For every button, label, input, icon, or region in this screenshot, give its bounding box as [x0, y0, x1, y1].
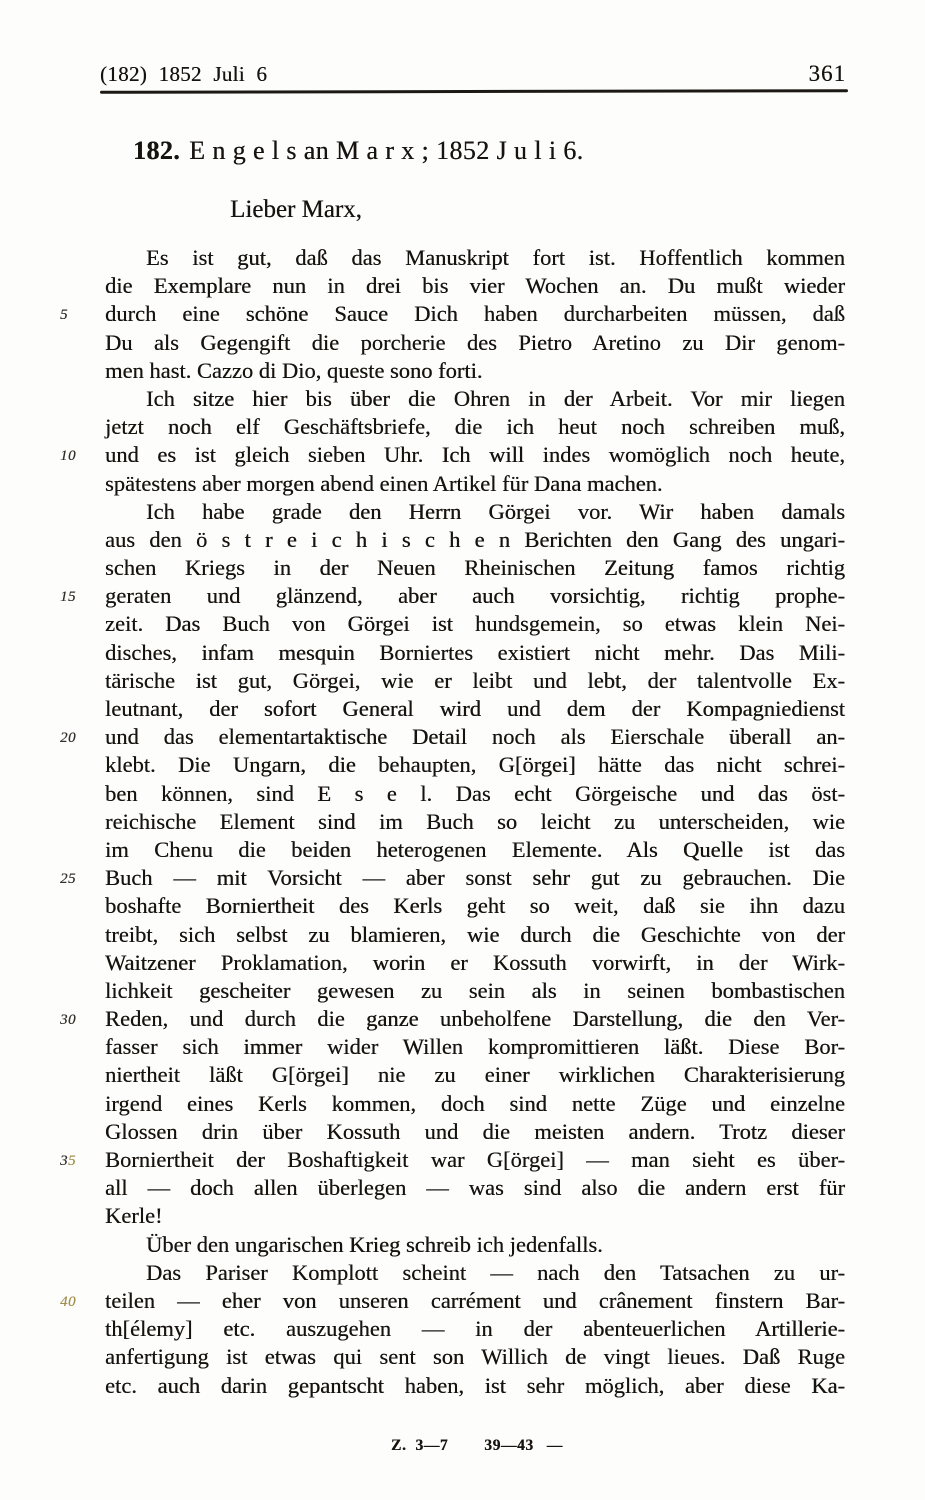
letter-line: irgend eines Kerls kommen, doch sind net… [60, 1090, 845, 1118]
letter-line: ben können, sind E s e l. Das echt Görge… [60, 780, 845, 808]
letter-line: aus den ö s t r e i c h i s c h e n Beri… [60, 526, 845, 554]
book-page: (182) 1852 Juli 6 361 182.E n g e l s an… [0, 0, 925, 1500]
margin-line-number: 30 [60, 1006, 98, 1034]
letter-line-text: leutnant, der sofort General wird und de… [105, 696, 845, 721]
margin-line-number: 35 [60, 1147, 98, 1175]
letter-line-text: Reden, und durch die ganze unbeholfene D… [105, 1006, 845, 1031]
letter-line: klebt. Die Ungarn, die behaupten, G[örge… [60, 751, 845, 779]
letter-line-text: und es ist gleich sieben Uhr. Ich will i… [105, 442, 845, 467]
page-header: (182) 1852 Juli 6 361 [100, 61, 846, 87]
letter-line: Es ist gut, daß das Manuskript fort ist.… [60, 244, 845, 272]
letter-line: 10und es ist gleich sieben Uhr. Ich will… [60, 441, 845, 469]
letter-line: spätestens aber morgen abend einen Artik… [60, 470, 845, 498]
letter-line: schen Kriegs in der Neuen Rheinischen Ze… [60, 554, 845, 582]
letter-line: 15geraten und glänzend, aber auch vorsic… [60, 582, 845, 610]
letter-line-text: geraten und glänzend, aber auch vorsicht… [105, 583, 845, 608]
letter-line-text: Du als Gegengift die porcherie des Pietr… [105, 330, 845, 355]
letter-line-text: etc. auch darin gepantscht haben, ist se… [105, 1373, 845, 1398]
letter-line: all — doch allen überlegen — was sind al… [60, 1174, 845, 1202]
header-rule [100, 89, 848, 93]
letter-line-text: klebt. Die Ungarn, die behaupten, G[örge… [105, 752, 845, 777]
letter-line: 35Borniertheit der Boshaftigkeit war G[ö… [60, 1146, 845, 1174]
letter-line-text: aus den ö s t r e i c h i s c h e n Beri… [105, 527, 845, 552]
letter-line-text: anfertigung ist etwas qui sent son Willi… [105, 1344, 845, 1369]
letter-line-text: Kerle! [105, 1203, 162, 1228]
margin-line-number: 15 [60, 583, 98, 611]
footer-dash: — [547, 1437, 563, 1454]
letter-line: 20und das elementartaktische Detail noch… [60, 723, 845, 751]
letter-line-text: th[élemy] etc. auszugehen — in der abent… [105, 1316, 845, 1341]
letter-line-text: und das elementartaktische Detail noch a… [105, 724, 845, 749]
letter-line: anfertigung ist etwas qui sent son Willi… [60, 1343, 845, 1371]
margin-line-number: 25 [60, 865, 98, 893]
letter-line-text: Über den ungarischen Krieg schreib ich j… [146, 1232, 603, 1257]
page-number: 361 [809, 61, 847, 87]
footer-z-label: Z. [391, 1437, 406, 1454]
letter-line-text: treibt, sich selbst zu blamieren, wie du… [105, 922, 845, 947]
letter-body: Es ist gut, daß das Manuskript fort ist.… [60, 244, 845, 1400]
letter-line: treibt, sich selbst zu blamieren, wie du… [60, 921, 845, 949]
letter-line: Glossen drin über Kossuth und die meiste… [60, 1118, 845, 1146]
letter-line-text: tärische ist gut, Görgei, wie er leibt u… [105, 668, 845, 693]
letter-line-text: jetzt noch elf Geschäftsbriefe, die ich … [105, 414, 845, 439]
margin-line-number: 20 [60, 724, 98, 752]
letter-line: leutnant, der sofort General wird und de… [60, 695, 845, 723]
letter-line-text: all — doch allen überlegen — was sind al… [105, 1175, 845, 1200]
letter-title-text: E n g e l s an M a r x ; 1852 J u l i 6. [189, 136, 583, 165]
letter-title: 182.E n g e l s an M a r x ; 1852 J u l … [133, 136, 584, 166]
letter-line: Ich habe grade den Herrn Görgei vor. Wir… [60, 498, 845, 526]
footer-line-range-2: 39—43 [484, 1437, 534, 1454]
letter-line-text: Es ist gut, daß das Manuskript fort ist.… [146, 245, 845, 270]
letter-line-text: Ich habe grade den Herrn Görgei vor. Wir… [146, 499, 845, 524]
letter-line-text: Ich sitze hier bis über die Ohren in der… [146, 386, 845, 411]
letter-line-text: spätestens aber morgen abend einen Artik… [105, 471, 663, 496]
letter-line: Über den ungarischen Krieg schreib ich j… [60, 1231, 845, 1259]
letter-line: Du als Gegengift die porcherie des Pietr… [60, 329, 845, 357]
letter-line-text: niertheit läßt G[örgei] nie zu einer wir… [105, 1062, 845, 1087]
letter-line: im Chenu die beiden heterogenen Elemente… [60, 836, 845, 864]
footer-line-range-1: 3—7 [415, 1437, 448, 1454]
letter-line: zeit. Das Buch von Görgei ist hundsgemei… [60, 610, 845, 638]
letter-line-text: teilen — eher von unseren carrément und … [105, 1288, 845, 1313]
letter-line: Ich sitze hier bis über die Ohren in der… [60, 385, 845, 413]
letter-line: 25Buch — mit Vorsicht — aber sonst sehr … [60, 864, 845, 892]
letter-number: 182. [133, 136, 180, 165]
letter-line: niertheit läßt G[örgei] nie zu einer wir… [60, 1061, 845, 1089]
letter-line: jetzt noch elf Geschäftsbriefe, die ich … [60, 413, 845, 441]
letter-line-text: irgend eines Kerls kommen, doch sind net… [105, 1091, 845, 1116]
letter-line: disches, infam mesquin Borniertes existi… [60, 639, 845, 667]
letter-line: tärische ist gut, Görgei, wie er leibt u… [60, 667, 845, 695]
running-head: (182) 1852 Juli 6 [100, 62, 267, 87]
letter-line-text: zeit. Das Buch von Görgei ist hundsgemei… [105, 611, 845, 636]
letter-line: men hast. Cazzo di Dio, queste sono fort… [60, 357, 845, 385]
letter-line-text: im Chenu die beiden heterogenen Elemente… [105, 837, 845, 862]
letter-line-text: Borniertheit der Boshaftigkeit war G[örg… [105, 1147, 845, 1172]
letter-line: fasser sich immer wider Willen kompromit… [60, 1033, 845, 1061]
margin-line-number: 40 [60, 1288, 98, 1316]
letter-line: Waitzener Proklamation, worin er Kossuth… [60, 949, 845, 977]
letter-line-text: boshafte Borniertheit des Kerls geht so … [105, 893, 845, 918]
letter-line-text: schen Kriegs in der Neuen Rheinischen Ze… [105, 555, 845, 580]
letter-line: etc. auch darin gepantscht haben, ist se… [60, 1372, 845, 1400]
letter-line-text: fasser sich immer wider Willen kompromit… [105, 1034, 845, 1059]
letter-line-text: Waitzener Proklamation, worin er Kossuth… [105, 950, 845, 975]
editorial-footer: Z.3—739—43— [391, 1437, 563, 1455]
letter-line: 40teilen — eher von unseren carrément un… [60, 1287, 845, 1315]
salutation: Lieber Marx, [230, 196, 362, 224]
letter-line-text: Das Pariser Komplott scheint — nach den … [146, 1260, 845, 1285]
letter-line-text: reichische Element sind im Buch so leich… [105, 809, 845, 834]
letter-line: th[élemy] etc. auszugehen — in der abent… [60, 1315, 845, 1343]
letter-line-text: Glossen drin über Kossuth und die meiste… [105, 1119, 845, 1144]
letter-line: reichische Element sind im Buch so leich… [60, 808, 845, 836]
letter-line: Kerle! [60, 1202, 845, 1230]
letter-line-text: die Exemplare nun in drei bis vier Woche… [105, 273, 845, 298]
letter-line: Das Pariser Komplott scheint — nach den … [60, 1259, 845, 1287]
letter-line-text: disches, infam mesquin Borniertes existi… [105, 640, 845, 665]
letter-line: 5durch eine schöne Sauce Dich haben durc… [60, 300, 845, 328]
letter-line-text: men hast. Cazzo di Dio, queste sono fort… [105, 358, 482, 383]
margin-line-number: 5 [60, 301, 98, 329]
letter-line-text: lichkeit gescheiter gewesen zu sein als … [105, 978, 845, 1003]
letter-line-text: ben können, sind E s e l. Das echt Görge… [105, 781, 845, 806]
letter-line: die Exemplare nun in drei bis vier Woche… [60, 272, 845, 300]
letter-line: 30Reden, und durch die ganze unbeholfene… [60, 1005, 845, 1033]
letter-line-text: durch eine schöne Sauce Dich haben durch… [105, 301, 845, 326]
letter-line: boshafte Borniertheit des Kerls geht so … [60, 892, 845, 920]
letter-line-text: Buch — mit Vorsicht — aber sonst sehr gu… [105, 865, 845, 890]
letter-line: lichkeit gescheiter gewesen zu sein als … [60, 977, 845, 1005]
margin-line-number: 10 [60, 442, 98, 470]
